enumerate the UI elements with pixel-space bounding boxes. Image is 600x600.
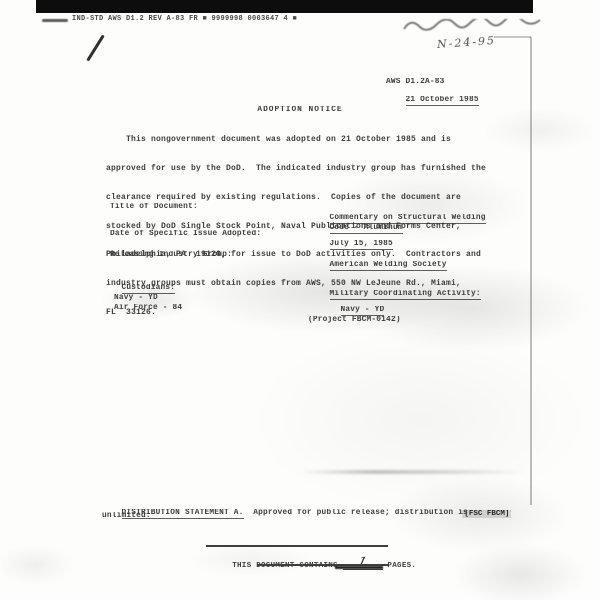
ink-smear (300, 470, 525, 474)
ink-dash-mark (42, 19, 68, 22)
notice-title: ADOPTION NOTICE (230, 106, 370, 114)
distribution-statement-line2: unlimited. (102, 512, 151, 520)
stamp-line: IND-STD AWS D1.2 REV A-83 FR ■ 9999998 0… (72, 15, 297, 23)
body-line: clearance required by existing regulatio… (106, 193, 486, 203)
custodian-navy: Navy - YD (114, 294, 158, 302)
handwriting-scribble (402, 19, 560, 35)
body-line: This nongovernment document was adopted … (106, 135, 486, 145)
releasing-group-value: American Welding Society (310, 253, 447, 277)
footer-top-rule (206, 545, 388, 547)
doc-number: AWS D1.2A-83 (386, 78, 445, 86)
scanned-page: IND-STD AWS D1.2 REV A-83 FR ■ 9999998 0… (0, 0, 600, 600)
page-edge-horizontal (494, 36, 531, 38)
distribution-statement: DISTRIBUTION STATEMENT A. Approved for p… (102, 501, 468, 525)
body-line: approved for use by the DoD. The indicat… (106, 164, 486, 174)
doc-date: 21 October 1985 (386, 88, 479, 112)
project-number: (Project FBCM-0142) (308, 316, 401, 324)
scan-edge-bar (36, 0, 533, 13)
footer-dark-dash (335, 566, 383, 569)
custodian-air-force: Air Force - 84 (114, 304, 182, 312)
title-of-document-label: Title of Document: (110, 203, 198, 211)
releasing-group-label: Releasing Industry Group: (110, 251, 232, 259)
check-slash-mark (86, 34, 104, 61)
distribution-statement-text: Approved for public release; distributio… (244, 509, 468, 517)
handwritten-date-note: N-24-95 (437, 34, 497, 51)
date-adopted-label: Date of Specific Issue Adopted: (110, 230, 261, 238)
page-edge-vertical (530, 37, 532, 505)
